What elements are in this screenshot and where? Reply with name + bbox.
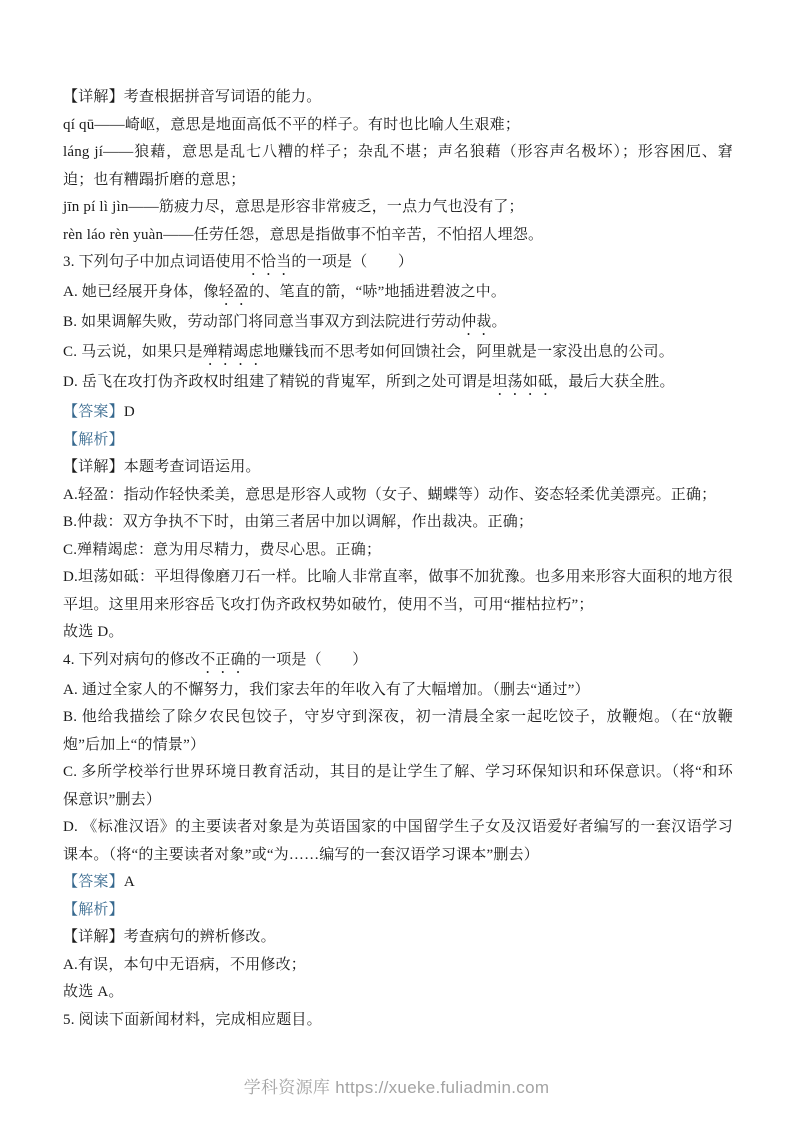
text-segment: 。 <box>492 314 507 330</box>
text-segment: 【详解】考查根据拼音写词语的能力。 <box>63 89 321 105</box>
explanation-a: A.轻盈：指动作轻快柔美，意思是形容人或物（女子、蝴蝶等）动作、姿态轻柔优美漂亮… <box>63 482 733 510</box>
emphasized-word: 殚精竭虑 <box>203 344 264 360</box>
answer-line: 【答案】A <box>63 869 733 897</box>
text-segment: B. 如果调解失败，劳动部门将同意当事双方到法院进行劳动 <box>63 314 461 330</box>
text-segment: C. 马云说，如果只是 <box>63 344 203 360</box>
text-segment: qí qū——崎岖，意思是地面高低不平的样子。有时也比喻人生艰难； <box>63 117 520 133</box>
text-segment: B. 他给我描绘了除夕农民包饺子，守岁守到深夜，初一清晨全家一起吃饺子，放鞭炮。… <box>63 709 733 753</box>
text-segment: D. 岳飞在攻打伪齐政权时组建了精锐的背嵬军，所到之处可谓是 <box>63 374 492 390</box>
text-segment: 【详解】考查病句的辨析修改。 <box>63 929 276 945</box>
pinyin-gloss: láng jí——狼藉，意思是乱七八糟的样子；杂乱不堪；声名狼藉（形容声名极坏）… <box>63 139 733 194</box>
text-segment: 3. 下列句子中加点词语使用 <box>63 254 246 270</box>
emphasized-word: 坦荡如砥 <box>492 374 553 390</box>
question-3-option-b: B. 如果调解失败，劳动部门将同意当事双方到法院进行劳动仲裁。 <box>63 309 733 339</box>
text-segment: 故选 D。 <box>63 624 124 640</box>
text-segment: 的、笔直的箭，“哧”地插进碧波之中。 <box>249 284 506 300</box>
detail-note: 【详解】考查根据拼音写词语的能力。 <box>63 84 733 112</box>
question-4-option-d: D. 《标准汉语》的主要读者对象是为英语国家的中国留学生子女及汉语爱好者编写的一… <box>63 814 733 869</box>
explanation-c: C.殚精竭虑：意为用尽精力，费尽心思。正确； <box>63 537 733 565</box>
question-4-stem: 4. 下列对病句的修改不正确的一项是（ ） <box>63 647 733 677</box>
exam-document-page: 【详解】考查根据拼音写词语的能力。qí qū——崎岖，意思是地面高低不平的样子。… <box>0 0 793 1122</box>
text-segment: A <box>124 874 135 890</box>
section-label: 【解析】 <box>63 432 124 448</box>
analysis-line: 【解析】 <box>63 427 733 455</box>
text-segment: C.殚精竭虑：意为用尽精力，费尽心思。正确； <box>63 542 381 558</box>
answer-line: 【答案】D <box>63 399 733 427</box>
text-segment: 的一项是（ ） <box>291 254 413 270</box>
pinyin-gloss: rèn láo rèn yuàn——任劳任怨，意思是指做事不怕辛苦，不怕招人埋怨… <box>63 222 733 250</box>
question-3-option-d: D. 岳飞在攻打伪齐政权时组建了精锐的背嵬军，所到之处可谓是坦荡如砥，最后大获全… <box>63 369 733 399</box>
detail-note: 【详解】考查病句的辨析修改。 <box>63 924 733 952</box>
emphasized-word: 不正确 <box>200 652 246 668</box>
text-segment: A. 通过全家人的不懈努力，我们家去年的年收入有了大幅增加。（删去“通过”） <box>63 682 590 698</box>
text-segment: D.坦荡如砥：平坦得像磨刀石一样。比喻人非常直率，做事不加犹豫。也多用来形容大面… <box>63 569 733 613</box>
text-segment: rèn láo rèn yuàn——任劳任怨，意思是指做事不怕辛苦，不怕招人埋怨… <box>63 227 543 243</box>
question-3-stem: 3. 下列句子中加点词语使用不恰当的一项是（ ） <box>63 249 733 279</box>
text-segment: A. 她已经展开身体，像 <box>63 284 219 300</box>
question-3-option-c: C. 马云说，如果只是殚精竭虑地赚钱而不思考如何回馈社会，阿里就是一家没出息的公… <box>63 339 733 369</box>
text-segment: D. 《标准汉语》的主要读者对象是为英语国家的中国留学生子女及汉语爱好者编写的一… <box>63 819 733 863</box>
pinyin-gloss: qí qū——崎岖，意思是地面高低不平的样子。有时也比喻人生艰难； <box>63 112 733 140</box>
pinyin-gloss: jīn pí lì jìn——筋疲力尽，意思是形容非常疲乏，一点力气也没有了； <box>63 194 733 222</box>
text-segment: A.有误，本句中无语病，不用修改； <box>63 957 306 973</box>
question-4-option-b: B. 他给我描绘了除夕农民包饺子，守岁守到深夜，初一清晨全家一起吃饺子，放鞭炮。… <box>63 704 733 759</box>
text-segment: D <box>124 404 135 420</box>
question-4-option-c: C. 多所学校举行世界环境日教育活动，其目的是让学生了解、学习环保知识和环保意识… <box>63 759 733 814</box>
emphasized-word: 仲裁 <box>461 314 491 330</box>
page-footer: 学科资源库 https://xueke.fuliadmin.com <box>0 1073 793 1098</box>
text-segment: jīn pí lì jìn——筋疲力尽，意思是形容非常疲乏，一点力气也没有了； <box>63 199 524 215</box>
text-segment: 【详解】本题考查词语运用。 <box>63 459 261 475</box>
text-segment: 的一项是（ ） <box>246 652 368 668</box>
conclusion: 故选 A。 <box>63 979 733 1007</box>
text-segment: 4. 下列对病句的修改 <box>63 652 200 668</box>
emphasized-word: 不恰当 <box>246 254 292 270</box>
text-segment: C. 多所学校举行世界环境日教育活动，其目的是让学生了解、学习环保知识和环保意识… <box>63 764 733 808</box>
emphasized-word: 轻盈 <box>219 284 249 300</box>
question-3-option-a: A. 她已经展开身体，像轻盈的、笔直的箭，“哧”地插进碧波之中。 <box>63 279 733 309</box>
document-body: 【详解】考查根据拼音写词语的能力。qí qū——崎岖，意思是地面高低不平的样子。… <box>63 84 733 1034</box>
section-label: 【答案】 <box>63 404 124 420</box>
explanation-a: A.有误，本句中无语病，不用修改； <box>63 952 733 980</box>
question-5-stem: 5. 阅读下面新闻材料，完成相应题目。 <box>63 1007 733 1035</box>
detail-note: 【详解】本题考查词语运用。 <box>63 454 733 482</box>
section-label: 【解析】 <box>63 902 124 918</box>
text-segment: ，最后大获全胜。 <box>553 374 675 390</box>
text-segment: 5. 阅读下面新闻材料，完成相应题目。 <box>63 1012 322 1028</box>
text-segment: B.仲裁：双方争执不下时，由第三者居中加以调解，作出裁决。正确； <box>63 514 533 530</box>
text-segment: 地赚钱而不思考如何回馈社会，阿里就是一家没出息的公司。 <box>264 344 674 360</box>
conclusion: 故选 D。 <box>63 619 733 647</box>
text-segment: 故选 A。 <box>63 984 124 1000</box>
text-segment: A.轻盈：指动作轻快柔美，意思是形容人或物（女子、蝴蝶等）动作、姿态轻柔优美漂亮… <box>63 487 716 503</box>
explanation-d: D.坦荡如砥：平坦得像磨刀石一样。比喻人非常直率，做事不加犹豫。也多用来形容大面… <box>63 564 733 619</box>
section-label: 【答案】 <box>63 874 124 890</box>
question-4-option-a: A. 通过全家人的不懈努力，我们家去年的年收入有了大幅增加。（删去“通过”） <box>63 677 733 705</box>
explanation-b: B.仲裁：双方争执不下时，由第三者居中加以调解，作出裁决。正确； <box>63 509 733 537</box>
footer-text: 学科资源库 https://xueke.fuliadmin.com <box>244 1078 550 1097</box>
analysis-line: 【解析】 <box>63 897 733 925</box>
text-segment: láng jí——狼藉，意思是乱七八糟的样子；杂乱不堪；声名狼藉（形容声名极坏）… <box>63 144 733 188</box>
